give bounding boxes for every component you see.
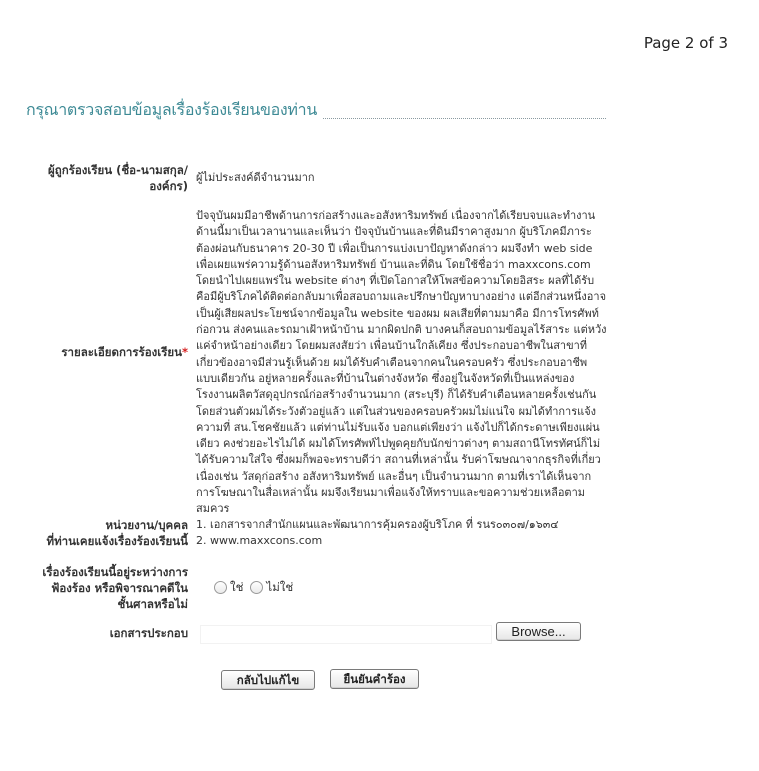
litigation-label-line1: เรื่องร้องเรียนนี้อยู่ระหว่างการ [0, 564, 188, 580]
details-label: รายละเอียดการร้องเรียน* [0, 208, 196, 518]
litigation-options: ใช่ ไม่ใช่ [196, 564, 634, 612]
litigation-label-line2: ฟ้องร้อง หรือพิจารณาคดีใน [0, 580, 188, 596]
section-title: กรุณาตรวจสอบข้อมูลเรื่องร้องเรียนของท่าน [26, 98, 606, 123]
details-label-text: รายละเอียดการร้องเรียน [61, 345, 182, 359]
respondent-label-line2: องค์กร) [0, 178, 188, 194]
litigation-label: เรื่องร้องเรียนนี้อยู่ระหว่างการ ฟ้องร้อ… [0, 564, 196, 612]
details-value: ปัจจุบันผมมีอาชีพด้านการก่อสร้างและอสังห… [196, 208, 608, 518]
confirm-complaint-button[interactable]: ยืนยันคำร้อง [330, 669, 419, 689]
section-title-text: กรุณาตรวจสอบข้อมูลเรื่องร้องเรียนของท่าน [26, 98, 317, 123]
agencies-label-line2: ที่ท่านเคยแจ้งเรื่องร้องเรียนนี้ [0, 533, 188, 549]
respondent-row: ผู้ถูกร้องเรียน (ชื่อ-นามสกุล/ องค์กร) ผ… [0, 162, 616, 194]
radio-yes[interactable] [214, 581, 227, 594]
radio-no-label: ไม่ใช่ [266, 579, 293, 595]
agency-item: 2. www.maxxcons.com [196, 533, 616, 549]
radio-option-no[interactable]: ไม่ใช่ [250, 579, 293, 595]
file-path-field[interactable] [200, 625, 492, 644]
respondent-label-line1: ผู้ถูกร้องเรียน (ชื่อ-นามสกุล/ [0, 162, 188, 178]
radio-option-yes[interactable]: ใช่ [214, 579, 243, 595]
respondent-label: ผู้ถูกร้องเรียน (ชื่อ-นามสกุล/ องค์กร) [0, 162, 196, 194]
agency-item: 1. เอกสารจากสำนักแผนและพัฒนาการคุ้มครองผ… [196, 517, 616, 533]
page-indicator: Page 2 of 3 [644, 34, 728, 52]
agencies-row: หน่วยงาน/บุคคล ที่ท่านเคยแจ้งเรื่องร้องเ… [0, 517, 616, 549]
litigation-row: เรื่องร้องเรียนนี้อยู่ระหว่างการ ฟ้องร้อ… [0, 564, 634, 612]
litigation-label-line3: ชั้นศาลหรือไม่ [0, 596, 188, 612]
required-mark: * [182, 345, 188, 359]
agencies-label: หน่วยงาน/บุคคล ที่ท่านเคยแจ้งเรื่องร้องเ… [0, 517, 196, 549]
details-row: รายละเอียดการร้องเรียน* ปัจจุบันผมมีอาชี… [0, 208, 608, 518]
respondent-value: ผู้ไม่ประสงค์ดีจำนวนมาก [196, 162, 616, 194]
back-to-edit-button[interactable]: กลับไปแก้ไข [221, 670, 315, 690]
agencies-value: 1. เอกสารจากสำนักแผนและพัฒนาการคุ้มครองผ… [196, 517, 616, 549]
radio-no[interactable] [250, 581, 263, 594]
agencies-label-line1: หน่วยงาน/บุคคล [0, 517, 188, 533]
attachments-label: เอกสารประกอบ [0, 625, 196, 644]
radio-yes-label: ใช่ [230, 579, 243, 595]
browse-button[interactable]: Browse... [496, 622, 581, 641]
section-title-dotted-rule [323, 117, 606, 119]
litigation-radio-group: ใช่ ไม่ใช่ [214, 579, 634, 595]
